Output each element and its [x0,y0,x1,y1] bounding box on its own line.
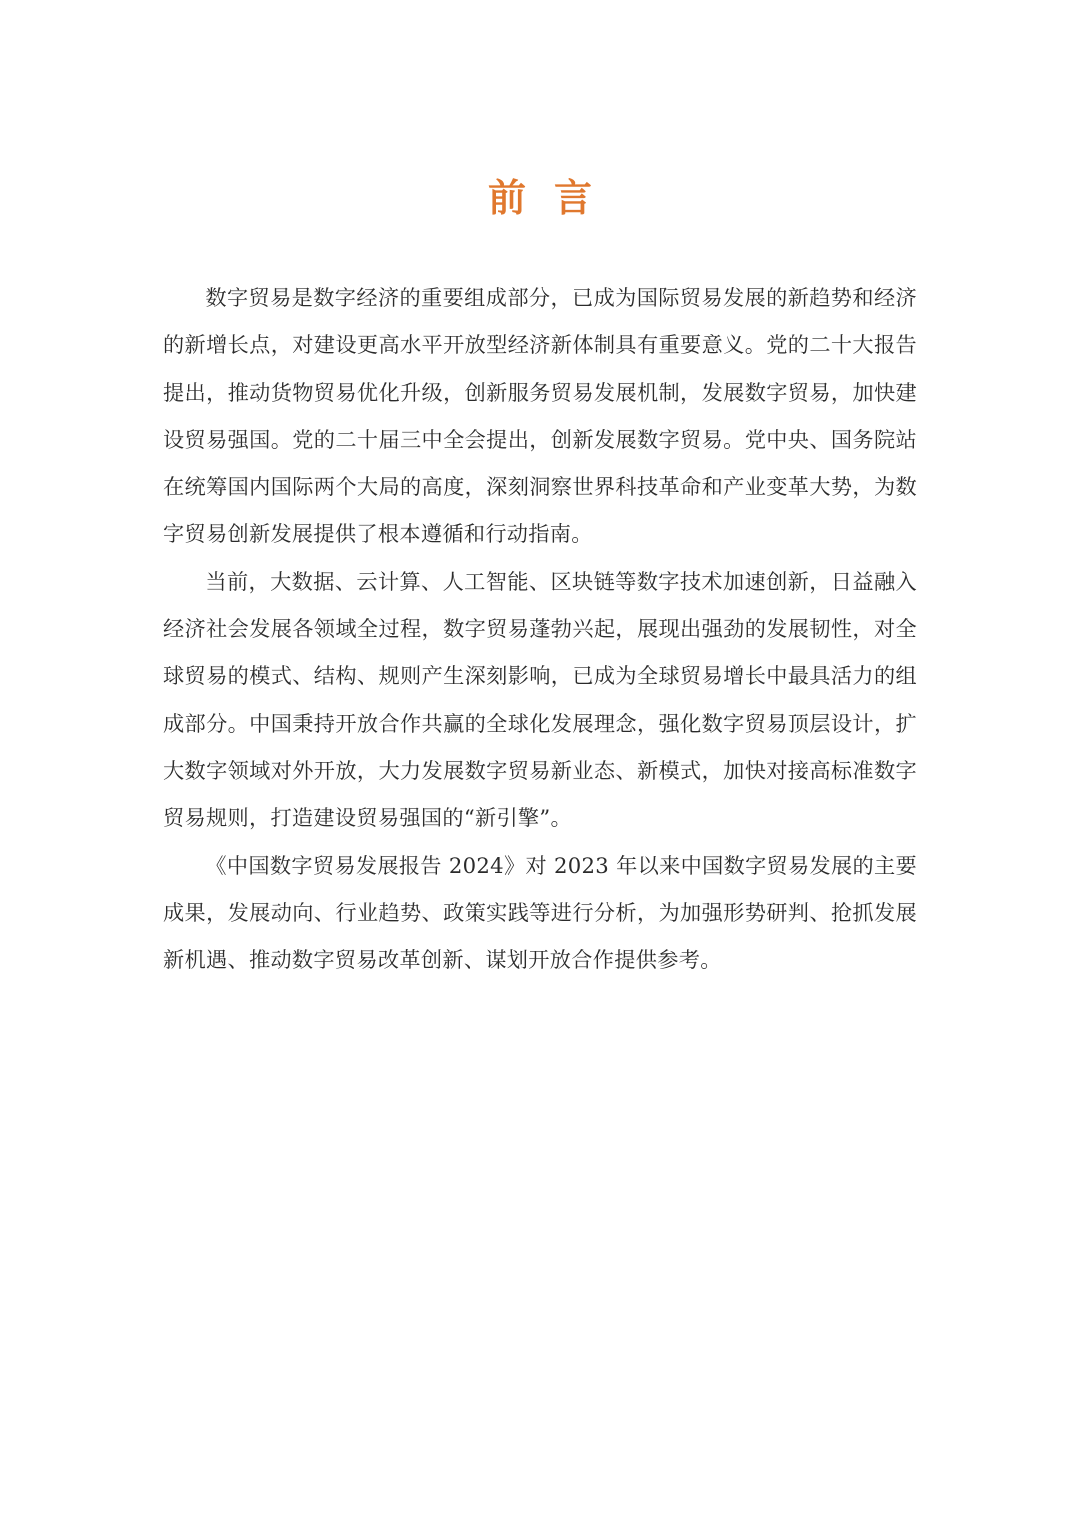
document-page: 前言 数字贸易是数字经济的重要组成部分，已成为国际贸易发展的新趋势和经济的新增长… [0,0,1080,1527]
preface-body: 数字贸易是数字经济的重要组成部分，已成为国际贸易发展的新趋势和经济的新增长点，对… [163,274,917,983]
paragraph-2: 当前，大数据、云计算、人工智能、区块链等数字技术加速创新，日益融入经济社会发展各… [163,558,917,842]
paragraph-3: 《中国数字贸易发展报告 2024》对 2023 年以来中国数字贸易发展的主要成果… [163,842,917,984]
paragraph-1: 数字贸易是数字经济的重要组成部分，已成为国际贸易发展的新趋势和经济的新增长点，对… [163,274,917,558]
page-title: 前言 [0,170,1080,226]
